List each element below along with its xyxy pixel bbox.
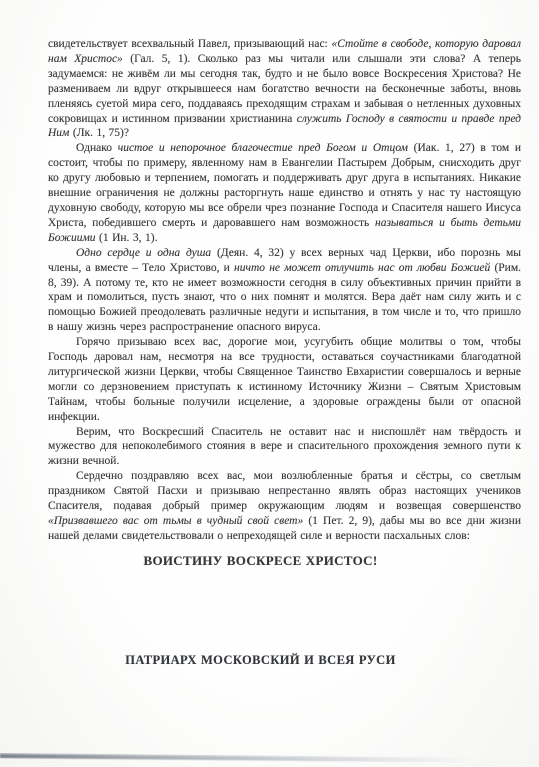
scripture-quote: Одно сердце и одна душа <box>76 247 211 259</box>
body-paragraphs: свидетельствует всехвальный Павел, призы… <box>48 37 521 544</box>
scripture-quote: ничто не может отлучить нас от любви Бож… <box>234 262 490 274</box>
text-run: свидетельствует всехвальный Павел, призы… <box>48 38 331 50</box>
scripture-quote: «Призвавшего вас от тьмы в чудный свой с… <box>48 515 303 527</box>
text-run: (1 Ин. 3, 1). <box>96 232 158 244</box>
acclamation-heading: ВОИСТИНУ ВОСКРЕСЕ ХРИСТОС! <box>0 554 521 569</box>
text-run: Однако <box>76 142 118 154</box>
text-run: (Лк. 1, 75)? <box>69 127 129 139</box>
signature-heading: ПАТРИАРХ МОСКОВСКИЙ И ВСЕЯ РУСИ <box>0 653 521 668</box>
scanned-document-page: { "page": { "background": "#fcfcfb", "in… <box>0 0 539 767</box>
document-text-block: свидетельствует всехвальный Павел, призы… <box>48 37 521 668</box>
text-run: Горячо призываю всех вас, дорогие мои, у… <box>48 336 521 423</box>
body-paragraph: Верим, что Воскресший Спаситель не остав… <box>48 425 521 470</box>
body-paragraph: Одно сердце и одна душа (Деян. 4, 32) у … <box>48 246 521 335</box>
text-run: Верим, что Воскресший Спаситель не остав… <box>48 426 521 468</box>
text-run: Сердечно поздравляю всех вас, мои возлюб… <box>48 470 521 512</box>
body-paragraph: свидетельствует всехвальный Павел, призы… <box>48 37 521 141</box>
body-paragraph: Однако чистое и непорочное благочестие п… <box>48 141 521 245</box>
body-paragraph: Горячо призываю всех вас, дорогие мои, у… <box>48 335 521 424</box>
scripture-quote: чистое и непорочное благочестие пред Бог… <box>118 142 408 154</box>
body-paragraph: Сердечно поздравляю всех вас, мои возлюб… <box>48 469 521 544</box>
page-background: свидетельствует всехвальный Павел, призы… <box>0 0 539 767</box>
